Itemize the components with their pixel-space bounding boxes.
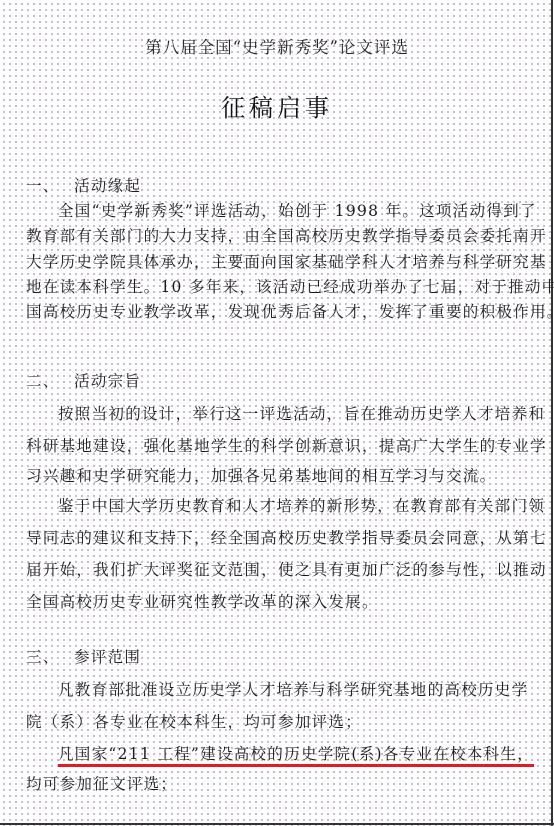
paragraph-line: 鉴于中国大学历史教育和人才培养的新形势，在教育部有关部门领 <box>58 496 542 516</box>
paragraph-line: 地在读本科学生。10 多年来，该活动已经成功举办了七届，对于推动中 <box>26 277 542 297</box>
paragraph-line: 国高校历史专业教学改革，发现优秀后备人才，发挥了重要的积极作用。 <box>26 302 542 322</box>
paragraph-line: 习兴趣和史学研究能力，加强各兄弟基地间的相互学习与交流。 <box>26 466 542 486</box>
paragraph-line: 按照当初的设计，举行这一评选活动，旨在推动历史学人才培养和 <box>58 404 542 424</box>
paragraph-line: 导同志的建议和支持下，经全国高校历史教学指导委员会同意，从第七 <box>26 528 542 548</box>
paragraph-line: 届开始，我们扩大评奖征文范围，使之具有更加广泛的参与性，以推动 <box>26 560 542 580</box>
paragraph-line: 大学历史学院具体承办，主要面向国家基础学科人才培养与科学研究基 <box>26 252 542 272</box>
page-border-bottom <box>0 823 554 825</box>
section-heading-2: 二、活动宗旨 <box>26 371 542 391</box>
paragraph-line: 教育部有关部门的大力支持，由全国高校历史教学指导委员会委托南开 <box>26 226 542 246</box>
section-title: 活动宗旨 <box>74 372 141 390</box>
page-border-right <box>551 0 553 826</box>
paragraph-line: 科研基地建设，强化基地学生的科学创新意识，提高广大学生的专业学 <box>26 436 542 456</box>
section-number: 一、 <box>26 176 74 196</box>
paragraph-line: 凡教育部批准设立历史学人才培养与科学研究基地的高校历史学 <box>58 680 542 700</box>
document-title: 第八届全国“史学新秀奖”论文评选 <box>0 34 554 58</box>
section-number: 三、 <box>26 647 74 667</box>
section-title: 活动缘起 <box>74 177 141 195</box>
paragraph-line: 全国“史学新秀奖”评选活动，始创于 1998 年。这项活动得到了 <box>58 201 542 221</box>
red-underlined-text: 凡国家“211 工程”建设高校的历史学院(系)各专业在校本科生， <box>58 745 534 767</box>
paragraph-line: 院（系）各专业在校本科生，均可参加评选； <box>26 712 542 732</box>
paragraph-line: 均可参加征文评选； <box>26 774 542 794</box>
section-title: 参评范围 <box>74 648 141 666</box>
section-heading-3: 三、参评范围 <box>26 647 542 667</box>
highlighted-paragraph-line: 凡国家“211 工程”建设高校的历史学院(系)各专业在校本科生， <box>58 744 542 764</box>
document-subtitle: 征稿启事 <box>0 88 554 123</box>
section-number: 二、 <box>26 371 74 391</box>
section-heading-1: 一、活动缘起 <box>26 176 542 196</box>
paragraph-line: 全国高校历史专业研究性教学改革的深入发展。 <box>26 592 542 612</box>
